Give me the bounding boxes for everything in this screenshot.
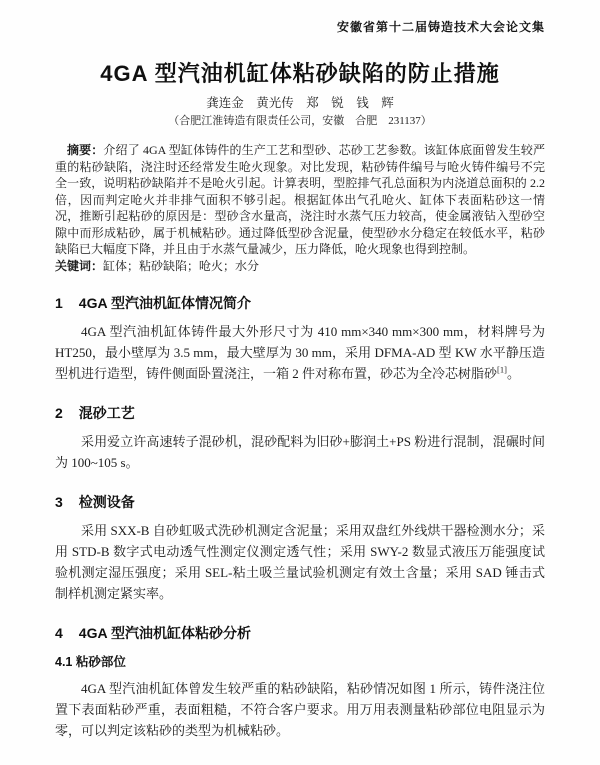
section-3-number: 3: [55, 494, 63, 510]
abstract-label: 摘要：: [67, 143, 103, 157]
section-3-paragraph: 采用 SXX-B 自砂虹吸式洗砂机测定含泥量；采用双盘红外线烘干器检测水分；采用…: [55, 520, 545, 604]
section-4-number: 4: [55, 625, 63, 641]
proceedings-header: 安徽省第十二届铸造技术大会论文集: [55, 18, 545, 35]
section-2-title: 混砂工艺: [79, 405, 135, 421]
section-3-title: 检测设备: [79, 494, 135, 510]
section-3: 3检测设备 采用 SXX-B 自砂虹吸式洗砂机测定含泥量；采用双盘红外线烘干器检…: [55, 492, 545, 604]
affiliation-line: （合肥江淮铸造有限责任公司，安徽 合肥 231137）: [55, 112, 545, 128]
authors-line: 龚连金 黄光传 郑 锐 钱 辉: [55, 93, 545, 111]
keywords-line: 关键词：缸体；粘砂缺陷；呛火；水分: [55, 258, 545, 275]
section-1-heading: 14GA 型汽油机缸体情况简介: [55, 293, 545, 313]
section-4: 44GA 型汽油机缸体粘砂分析 4.1 粘砂部位 4GA 型汽油机缸体曾发生较严…: [55, 623, 545, 741]
abstract-text: 介绍了 4GA 型缸体铸件的生产工艺和型砂、芯砂工艺参数。该缸体底面曾发生较严重…: [55, 143, 545, 256]
section-1-number: 1: [55, 295, 63, 311]
section-4-title: 4GA 型汽油机缸体粘砂分析: [79, 625, 251, 641]
section-3-heading: 3检测设备: [55, 492, 545, 512]
section-1-title: 4GA 型汽油机缸体情况简介: [79, 295, 251, 311]
keywords-label: 关键词：: [55, 259, 103, 273]
section-2: 2混砂工艺 采用爱立许高速转子混砂机，混砂配料为旧砂+膨润土+PS 粉进行混制，…: [55, 403, 545, 473]
section-1-paragraph: 4GA 型汽油机缸体铸件最大外形尺寸为 410 mm×340 mm×300 mm…: [55, 321, 545, 384]
section-1-paragraph-tail: 。: [507, 366, 520, 381]
section-4-heading: 44GA 型汽油机缸体粘砂分析: [55, 623, 545, 643]
section-4-paragraph: 4GA 型汽油机缸体曾发生较严重的粘砂缺陷，粘砂情况如图 1 所示，铸件浇注位置…: [55, 678, 545, 741]
section-2-paragraph: 采用爱立许高速转子混砂机，混砂配料为旧砂+膨润土+PS 粉进行混制，混碾时间为 …: [55, 431, 545, 473]
paper-title: 4GA 型汽油机缸体粘砂缺陷的防止措施: [55, 57, 545, 88]
section-4-1-subheading: 4.1 粘砂部位: [55, 652, 545, 670]
citation-ref-1: [1]: [497, 365, 507, 375]
section-2-number: 2: [55, 405, 63, 421]
section-1-paragraph-text: 4GA 型汽油机缸体铸件最大外形尺寸为 410 mm×340 mm×300 mm…: [55, 324, 545, 381]
keywords-text: 缸体；粘砂缺陷；呛火；水分: [103, 259, 259, 273]
abstract-paragraph: 摘要：介绍了 4GA 型缸体铸件的生产工艺和型砂、芯砂工艺参数。该缸体底面曾发生…: [55, 142, 545, 258]
section-2-heading: 2混砂工艺: [55, 403, 545, 423]
section-1: 14GA 型汽油机缸体情况简介 4GA 型汽油机缸体铸件最大外形尺寸为 410 …: [55, 293, 545, 384]
paper-page: 安徽省第十二届铸造技术大会论文集 4GA 型汽油机缸体粘砂缺陷的防止措施 龚连金…: [0, 0, 600, 765]
